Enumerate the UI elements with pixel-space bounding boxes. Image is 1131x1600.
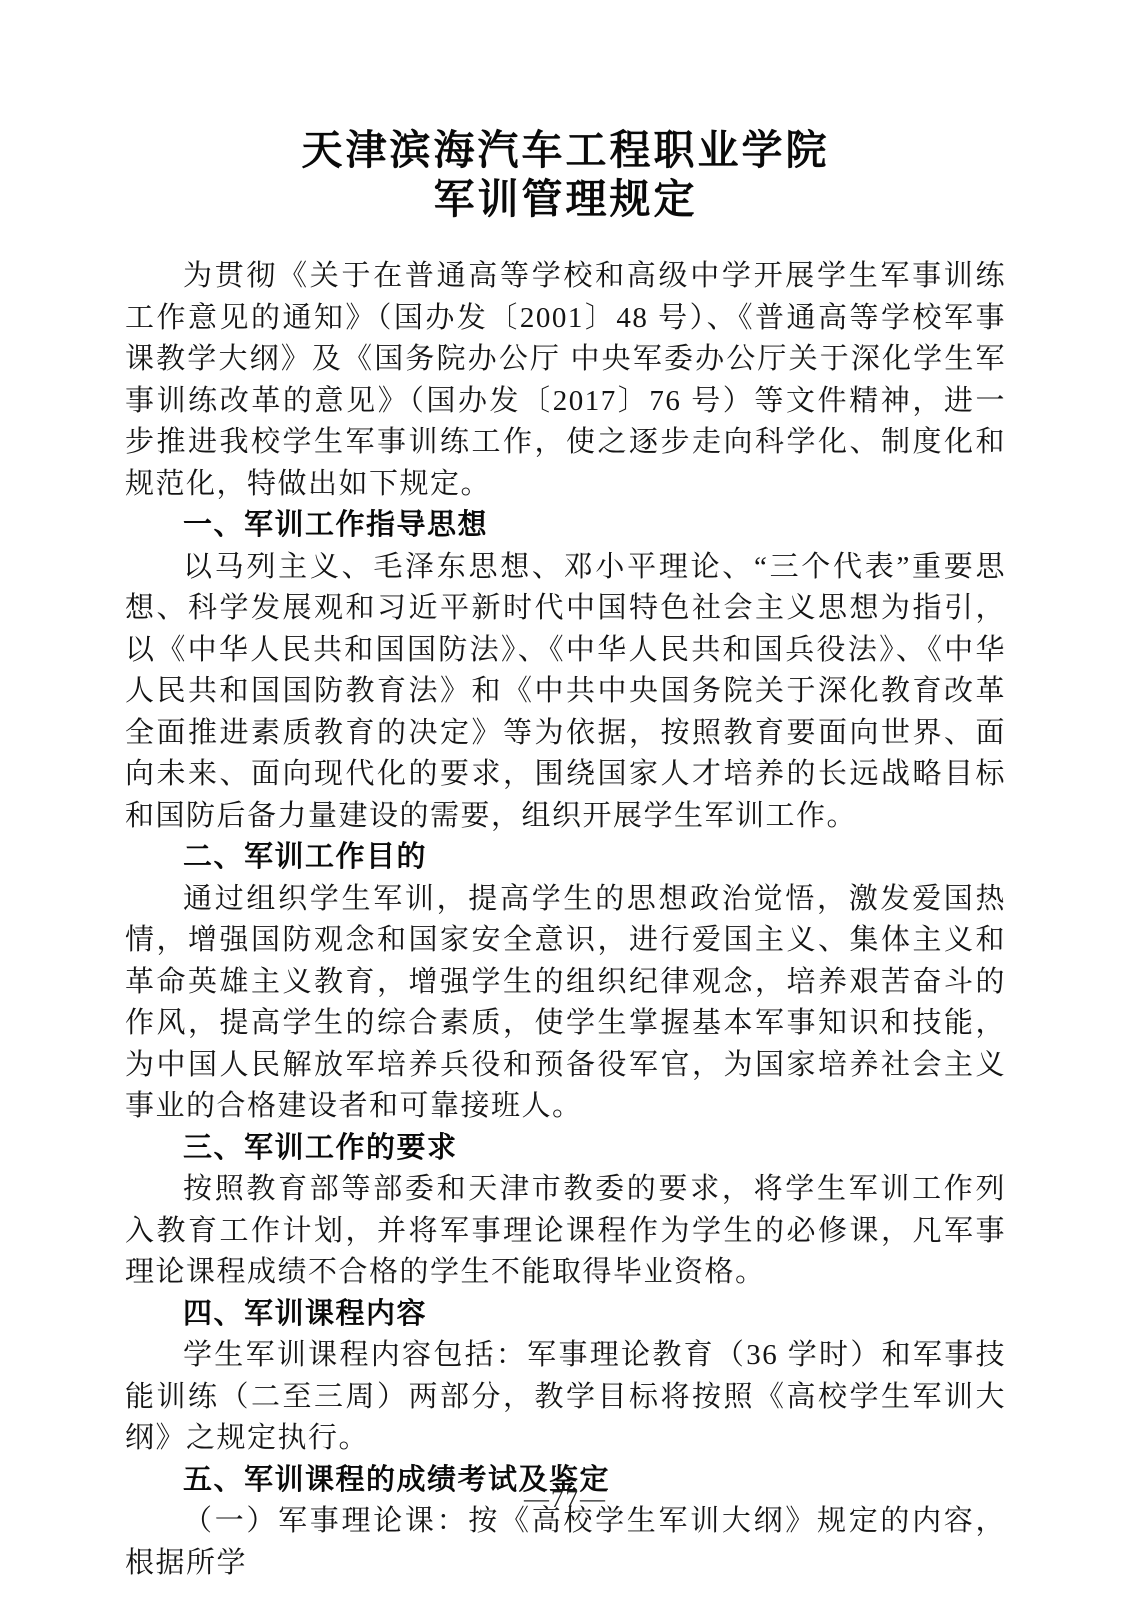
document-body: 为贯彻《关于在普通高等学校和高级中学开展学生军事训练工作意见的通知》（国办发〔2… — [125, 256, 1006, 1584]
body-paragraph: 以马列主义、毛泽东思想、邓小平理论、“三个代表”重要思想、科学发展观和习近平新时… — [125, 547, 1006, 838]
body-paragraph: 通过组织学生军训，提高学生的思想政治觉悟，激发爱国热情，增强国防观念和国家安全意… — [125, 879, 1006, 1128]
section-heading: 一、军训工作指导思想 — [125, 505, 1006, 547]
document-page: 天津滨海汽车工程职业学院 军训管理规定 为贯彻《关于在普通高等学校和高级中学开展… — [0, 0, 1131, 1600]
body-paragraph: 学生军训课程内容包括：军事理论教育（36 学时）和军事技能训练（二至三周）两部分… — [125, 1335, 1006, 1460]
document-title-line-2: 军训管理规定 — [125, 175, 1006, 224]
section-heading: 四、军训课程内容 — [125, 1294, 1006, 1336]
document-title-line-1: 天津滨海汽车工程职业学院 — [125, 126, 1006, 175]
page-footer: —77— — [0, 1486, 1131, 1514]
document-title: 天津滨海汽车工程职业学院 军训管理规定 — [125, 126, 1006, 224]
section-heading: 三、军训工作的要求 — [125, 1128, 1006, 1170]
body-paragraph: 为贯彻《关于在普通高等学校和高级中学开展学生军事训练工作意见的通知》（国办发〔2… — [125, 256, 1006, 505]
section-heading: 二、军训工作目的 — [125, 837, 1006, 879]
page-number: —77— — [524, 1486, 607, 1513]
body-paragraph: 按照教育部等部委和天津市教委的要求，将学生军训工作列入教育工作计划，并将军事理论… — [125, 1169, 1006, 1294]
